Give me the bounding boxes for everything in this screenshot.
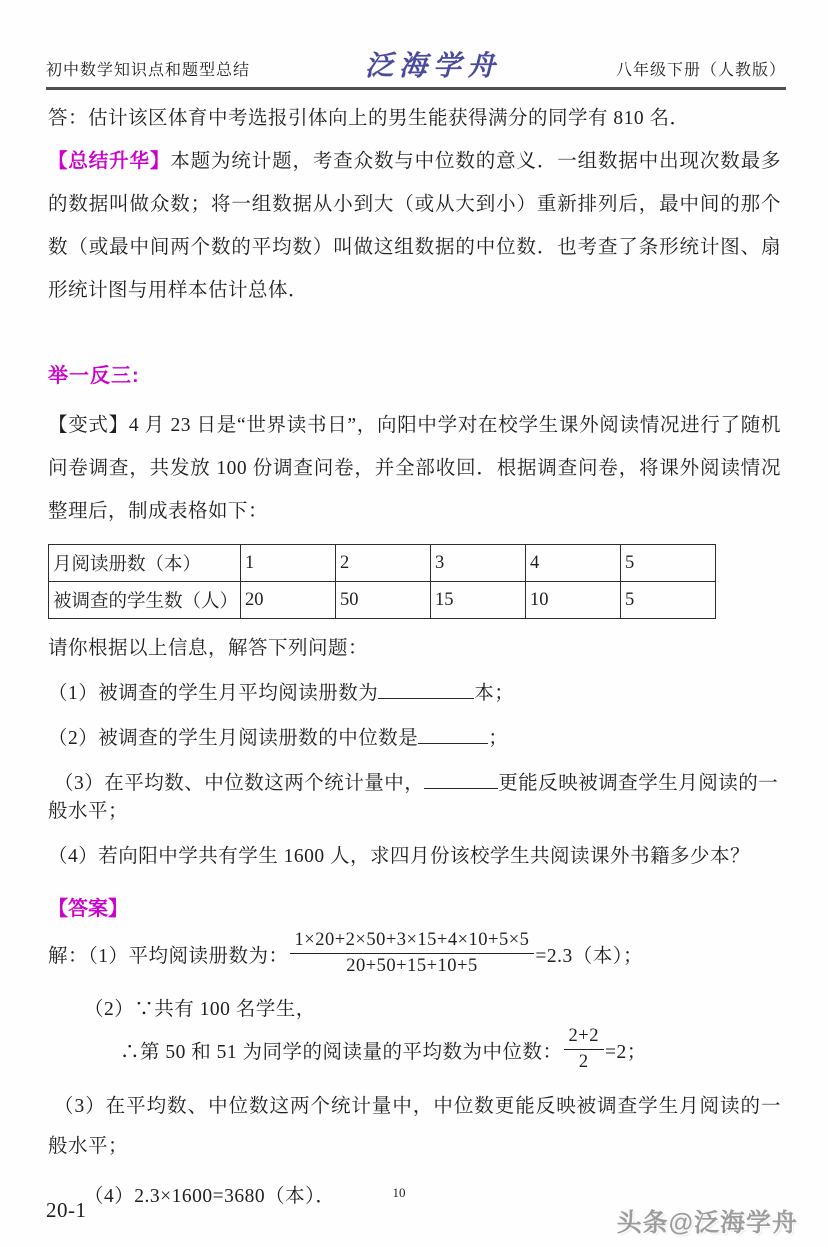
variant-text: 4 月 23 日是“世界读书日”，向阳中学对在校学生课外阅读情况进行了随机问卷调… (48, 415, 781, 522)
table-row: 月阅读册数（本） 1 2 3 4 5 (49, 545, 716, 582)
solution-2-prefix: ∴第 50 和 51 为同学的阅读量的平均数为中位数： (120, 1036, 563, 1064)
table-cell: 50 (336, 582, 431, 619)
answer-blank (418, 725, 488, 744)
fraction-numerator: 2+2 (564, 1025, 604, 1050)
answer-label: 【答案】 (48, 892, 781, 921)
table-cell: 2 (336, 545, 431, 582)
question-2-suffix: ； (488, 728, 508, 749)
solution-1-prefix: 解：（1）平均阅读册数为： (48, 940, 289, 968)
fraction: 1×20+2×50+3×15+4×10+5×520+50+15+10+5 (290, 929, 535, 978)
question-2: （2）被调查的学生月阅读册数的中位数是； (48, 722, 781, 750)
solution-1-result: =2.3（本）； (535, 940, 643, 968)
table-cell: 10 (526, 582, 621, 619)
fraction-denominator: 2 (564, 1050, 604, 1074)
page-header: 初中数学知识点和题型总结 泛海学舟 八年级下册（人教版） (46, 40, 786, 90)
fraction-numerator: 1×20+2×50+3×15+4×10+5×5 (290, 929, 535, 954)
question-3-text: （3）在平均数、中位数这两个统计量中， (54, 773, 424, 794)
answer-blank (424, 770, 498, 789)
questions-intro: 请你根据以上信息，解答下列问题： (48, 632, 781, 660)
table-cell: 20 (241, 582, 336, 619)
answer-blank (378, 680, 474, 699)
question-1: （1）被调查的学生月平均阅读册数为本； (48, 677, 781, 705)
reading-survey-table: 月阅读册数（本） 1 2 3 4 5 被调查的学生数（人） 20 50 15 1… (48, 544, 716, 619)
question-1-suffix: 本； (474, 683, 514, 704)
section-number: 20-1 (46, 1198, 87, 1223)
table-cell: 4 (526, 545, 621, 582)
previous-answer-line: 答：估计该区体育中考选报引体向上的男生能获得满分的同学有 810 名． (48, 102, 781, 130)
fraction-denominator: 20+50+15+10+5 (290, 954, 535, 978)
table-cell: 15 (431, 582, 526, 619)
toutiao-watermark: 头条@泛海学舟 (617, 1203, 798, 1239)
table-cell: 5 (621, 582, 716, 619)
header-left-title: 初中数学知识点和题型总结 (46, 57, 250, 80)
question-1-text: （1）被调查的学生月平均阅读册数为 (48, 683, 378, 704)
summary-paragraph: 【总结升华】本题为统计题，考查众数与中位数的意义．一组数据中出现次数最多的数据叫… (48, 140, 781, 312)
fraction: 2+22 (564, 1025, 604, 1074)
question-2-text: （2）被调查的学生月阅读册数的中位数是 (48, 728, 418, 749)
solution-step-2-premise: （2）∵共有 100 名学生， (48, 993, 781, 1021)
summary-label: 【总结升华】 (48, 150, 170, 172)
table-cell: 5 (621, 545, 716, 582)
table-cell: 1 (241, 545, 336, 582)
solution-step-2-conclusion: ∴第 50 和 51 为同学的阅读量的平均数为中位数： 2+22 =2； (48, 1025, 781, 1074)
solution-step-3: （3）在平均数、中位数这两个统计量中，中位数更能反映被调查学生月阅读的一般水平； (48, 1087, 781, 1167)
section-title: 举一反三: (48, 359, 781, 388)
variant-paragraph: 【变式】4 月 23 日是“世界读书日”，向阳中学对在校学生课外阅读情况进行了随… (48, 404, 781, 533)
document-body: 答：估计该区体育中考选报引体向上的男生能获得满分的同学有 810 名． 【总结升… (48, 92, 781, 1208)
table-row: 被调查的学生数（人） 20 50 15 10 5 (49, 582, 716, 619)
table-cell: 被调查的学生数（人） (49, 582, 241, 619)
table-cell: 月阅读册数（本） (49, 545, 241, 582)
table-cell: 3 (431, 545, 526, 582)
solution-2-result: =2； (605, 1036, 647, 1064)
page-number: 10 (0, 1185, 798, 1201)
document-page: 初中数学知识点和题型总结 泛海学舟 八年级下册（人教版） 答：估计该区体育中考选… (0, 0, 828, 1247)
question-3: （3）在平均数、中位数这两个统计量中，更能反映被调查学生月阅读的一般水平； (48, 767, 781, 823)
brand-logo: 泛海学舟 (365, 44, 501, 84)
header-right-title: 八年级下册（人教版） (616, 57, 786, 80)
summary-text: 本题为统计题，考查众数与中位数的意义．一组数据中出现次数最多的数据叫做众数；将一… (48, 151, 781, 301)
variant-label: 【变式】 (48, 415, 129, 436)
question-4: （4）若向阳中学共有学生 1600 人，求四月份该校学生共阅读课外书籍多少本？ (48, 840, 781, 868)
solution-step-1: 解：（1）平均阅读册数为： 1×20+2×50+3×15+4×10+5×520+… (48, 929, 781, 978)
